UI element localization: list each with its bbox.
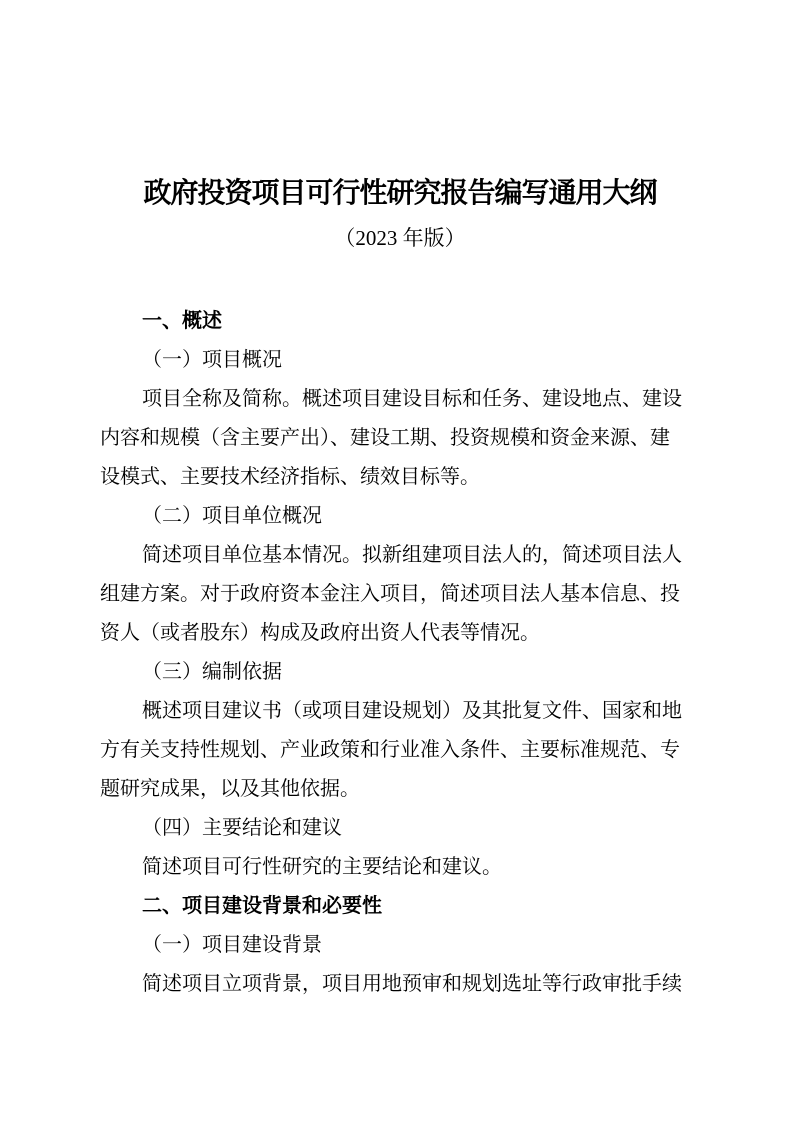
body-line: 方有关支持性规划、产业政策和行业准入条件、主要标准规范、专 bbox=[100, 731, 760, 770]
subsection-heading: （三）编制依据 bbox=[100, 653, 760, 692]
body-line: 简述项目立项背景，项目用地预审和规划选址等行政审批手续 bbox=[100, 965, 760, 1004]
document-title: 政府投资项目可行性研究报告编写通用大纲 bbox=[60, 174, 740, 214]
body-line: 项目全称及简称。概述项目建设目标和任务、建设地点、建设 bbox=[100, 380, 760, 419]
body-line: 概述项目建议书（或项目建设规划）及其批复文件、国家和地 bbox=[100, 692, 760, 731]
document-subtitle: （2023 年版） bbox=[60, 218, 740, 258]
subsection-heading: （一）项目建设背景 bbox=[100, 926, 760, 965]
section-heading: 一、概述 bbox=[100, 302, 760, 341]
body-line: 简述项目可行性研究的主要结论和建议。 bbox=[100, 848, 760, 887]
subsection-heading: （四）主要结论和建议 bbox=[100, 809, 760, 848]
body-line: 资人（或者股东）构成及政府出资人代表等情况。 bbox=[100, 614, 760, 653]
subsection-heading: （一）项目概况 bbox=[100, 341, 760, 380]
body-line: 组建方案。对于政府资本金注入项目，简述项目法人基本信息、投 bbox=[100, 575, 760, 614]
body-line: 设模式、主要技术经济指标、绩效目标等。 bbox=[100, 458, 760, 497]
section-heading: 二、项目建设背景和必要性 bbox=[100, 887, 760, 926]
body-line: 题研究成果，以及其他依据。 bbox=[100, 770, 760, 809]
document-page: 政府投资项目可行性研究报告编写通用大纲 （2023 年版） 一、概述（一）项目概… bbox=[0, 0, 800, 1132]
subsection-heading: （二）项目单位概况 bbox=[100, 497, 760, 536]
body-line: 内容和规模（含主要产出）、建设工期、投资规模和资金来源、建 bbox=[100, 419, 760, 458]
document-body: 一、概述（一）项目概况项目全称及简称。概述项目建设目标和任务、建设地点、建设内容… bbox=[100, 302, 760, 1004]
body-line: 简述项目单位基本情况。拟新组建项目法人的，简述项目法人 bbox=[100, 536, 760, 575]
